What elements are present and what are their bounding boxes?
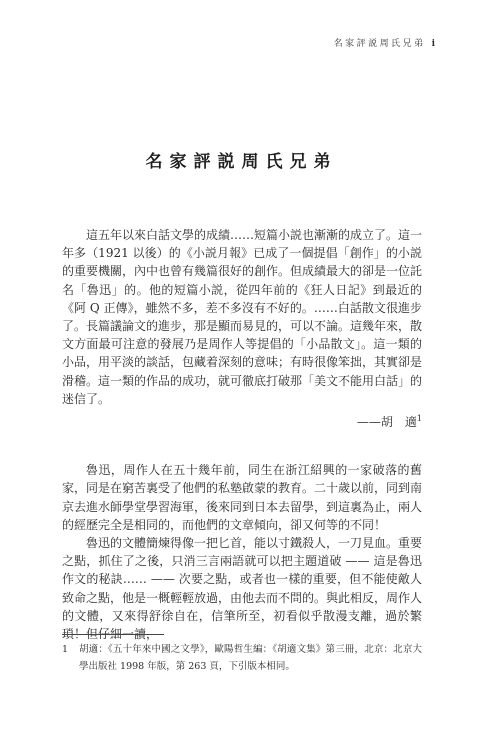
footnote-number: 1 xyxy=(62,642,68,659)
body-paragraph: 魯迅的文體簡煉得像一把匕首，能以寸鐵殺人，一刀見血。重要之點，抓住了之後，只消三… xyxy=(62,534,422,643)
quote-paragraph: 這五年以來白話文學的成績……短篇小説也漸漸的成立了。這一年多（1921 以後）的… xyxy=(62,226,422,408)
footnote-reference-mark: 1 xyxy=(417,414,422,423)
chapter-title: 名家評説周氏兄弟 xyxy=(0,147,483,172)
page-number: i xyxy=(432,39,435,49)
running-header-title: 名家評説周氏兄弟 xyxy=(334,39,426,49)
body-text: 這五年以來白話文學的成績……短篇小説也漸漸的成立了。這一年多（1921 以後）的… xyxy=(62,226,422,643)
footnote: 1 胡適：《五十年來中國之文學》，歐陽哲生編：《胡適文集》第三冊，北京：北京大學… xyxy=(62,642,422,675)
body-paragraph: 魯迅，周作人在五十幾年前，同生在浙江紹興的一家破落的舊家，同是在窮苦裏受了他們的… xyxy=(62,461,422,534)
footnote-separator-rule xyxy=(62,634,164,635)
attribution-name: ——胡 適 xyxy=(357,415,417,429)
footnote-section: 1 胡適：《五十年來中國之文學》，歐陽哲生編：《胡適文集》第三冊，北京：北京大學… xyxy=(62,634,422,675)
book-page: 名家評説周氏兄弟i 名家評説周氏兄弟 這五年以來白話文學的成績……短篇小説也漸漸… xyxy=(0,0,483,732)
running-header: 名家評説周氏兄弟i xyxy=(334,36,435,49)
quote-attribution: ——胡 適1 xyxy=(62,413,422,431)
footnote-text: 胡適：《五十年來中國之文學》，歐陽哲生編：《胡適文集》第三冊，北京：北京大學出版… xyxy=(79,644,422,672)
